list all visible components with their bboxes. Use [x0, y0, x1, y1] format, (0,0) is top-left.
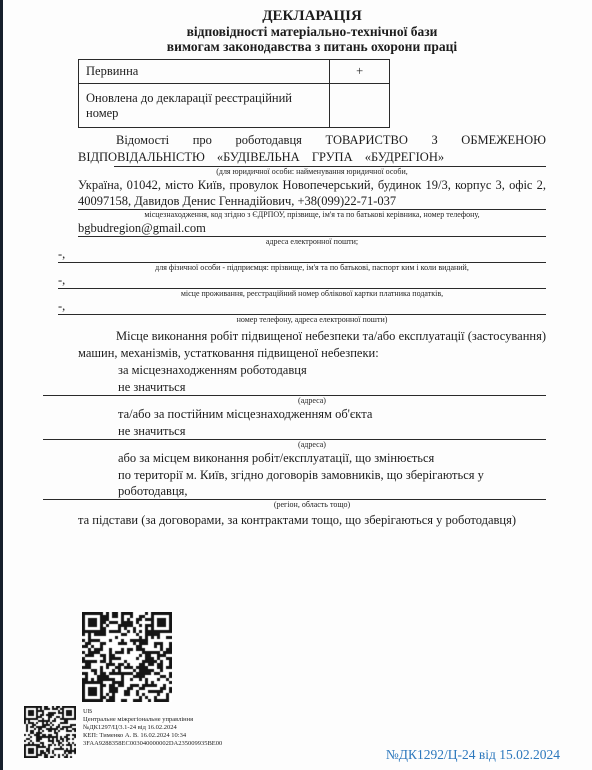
- declaration-type-table: Первинна + Оновлена до декларації реєстр…: [78, 59, 390, 128]
- stamp-code: UB: [83, 708, 222, 716]
- document-subtitle-2: вимогам законодавства з питань охорони п…: [78, 39, 546, 54]
- table-row: Первинна +: [79, 60, 390, 84]
- table-row: Оновлена до декларації реєстраційний ном…: [79, 84, 390, 128]
- document-subtitle-1: відповідності матеріально-технічної бази: [78, 24, 546, 39]
- by-object-address-field: не значиться: [43, 423, 546, 440]
- page-left-edge: [0, 0, 3, 770]
- document-title: ДЕКЛАРАЦІЯ: [78, 8, 546, 24]
- changing-place-field: по території м. Київ, згідно договорів з…: [43, 467, 546, 500]
- employer-heading: Відомості про роботодавця ТОВАРИСТВО З О…: [78, 132, 546, 166]
- caption-address-1: (адреса): [78, 396, 546, 405]
- registration-number: №ДК1292/Ц-24 від 15.02.2024: [386, 747, 560, 763]
- employer-address-field: Україна, 01042, місто Київ, провулок Нов…: [78, 177, 546, 210]
- caption-address-2: (адреса): [78, 440, 546, 449]
- caption-region: (регіон, область тощо): [78, 500, 546, 509]
- workplace-heading: Місце виконання робіт підвищеної небезпе…: [78, 328, 546, 362]
- qr-code-large: [82, 612, 172, 702]
- fop-phone-field: -,: [58, 299, 546, 315]
- grounds-note: та підстави (за договорами, за контракта…: [78, 512, 546, 529]
- stamp-number: №ДК1297/Ц/3.1-24 від 16.02.2024: [83, 724, 222, 732]
- primary-row-value: +: [330, 60, 390, 84]
- caption-fop: для фізичної особи - підприємця: прізвищ…: [78, 263, 546, 272]
- by-employer-label: за місцезнаходженням роботодавця: [78, 362, 546, 379]
- stamp-authority: Центральне міжрегіональне управління: [83, 716, 222, 724]
- fop-name-field: -,: [58, 247, 546, 263]
- caption-phone-email: номер телефону, адреса електронної пошти…: [78, 315, 546, 324]
- fop-residence-field: -,: [58, 273, 546, 289]
- caption-residence: місце проживання, реєстраційний номер об…: [78, 289, 546, 298]
- by-employer-address-field: не значиться: [43, 379, 546, 396]
- stamp-hash: 3FAA9288358EC003040000002DA235009935BE00: [83, 740, 222, 748]
- updated-row-value: [330, 84, 390, 128]
- updated-row-label: Оновлена до декларації реєстраційний ном…: [79, 84, 330, 128]
- registration-stamp: UB Центральне міжрегіональне управління …: [24, 706, 222, 758]
- stamp-signature: КЕП: Тименко А. В. 16.02.2024 10:34: [83, 732, 222, 740]
- caption-email: адреса електронної пошти;: [78, 237, 546, 246]
- caption-legal-entity: (для юридичної особи: найменування юриди…: [78, 167, 546, 176]
- document-page: ДЕКЛАРАЦІЯ відповідності матеріально-тех…: [0, 0, 592, 770]
- primary-row-label: Первинна: [79, 60, 330, 84]
- employer-email-field: bgbudregion@gmail.com: [78, 220, 546, 237]
- changing-place-label: або за місцем виконання робіт/експлуатац…: [78, 450, 546, 467]
- by-object-label: та/або за постійним місцезнаходженням об…: [78, 406, 546, 423]
- qr-code-small: [24, 706, 76, 758]
- stamp-text-block: UB Центральне міжрегіональне управління …: [83, 706, 222, 748]
- document-content: ДЕКЛАРАЦІЯ відповідності матеріально-тех…: [78, 8, 546, 529]
- caption-location: місцезнаходження, код згідно з ЄДРПОУ, п…: [78, 210, 546, 219]
